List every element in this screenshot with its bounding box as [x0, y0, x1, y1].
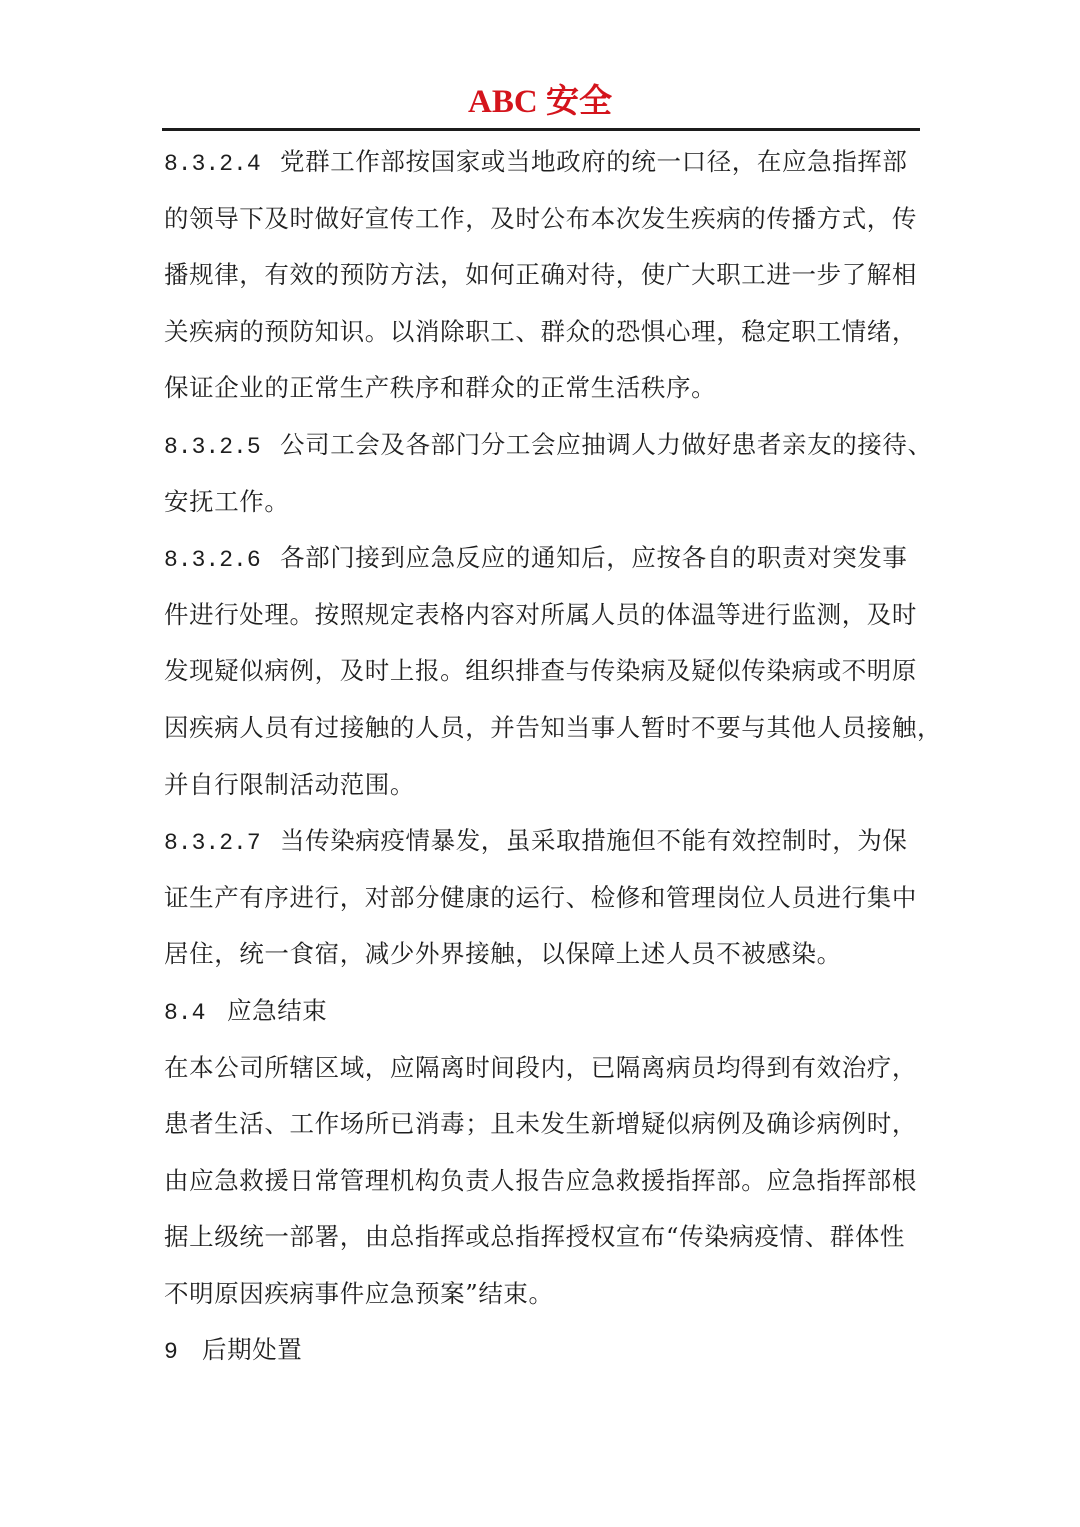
paragraph-text: 公司工会及各部门分工会应抽调人力做好患者亲友的接待、: [280, 430, 933, 459]
paragraph-line: 播规律，有效的预防方法，如何正确对待，使广大职工进一步了解相: [164, 247, 924, 304]
section-heading: 8.4应急结束: [164, 983, 924, 1040]
paragraph-line: 8.3.2.4党群工作部按国家或当地政府的统一口径，在应急指挥部: [164, 134, 924, 191]
paragraph-line: 因疾病人员有过接触的人员，并告知当事人暂时不要与其他人员接触，: [164, 700, 924, 757]
section-number: 8.3.2.6: [164, 532, 280, 589]
section-number: 8.3.2.5: [164, 419, 280, 476]
paragraph-line: 据上级统一部署，由总指挥或总指挥授权宣布“传染病疫情、群体性: [164, 1209, 924, 1266]
section-heading: 9后期处置: [164, 1322, 924, 1379]
paragraph-line: 8.3.2.6各部门接到应急反应的通知后，应按各自的职责对突发事: [164, 530, 924, 587]
paragraph-line: 发现疑似病例，及时上报。组织排查与传染病及疑似传染病或不明原: [164, 643, 924, 700]
paragraph-text: 党群工作部按国家或当地政府的统一口径，在应急指挥部: [280, 147, 908, 176]
section-number: 9: [164, 1324, 202, 1381]
paragraph-line: 关疾病的预防知识。以消除职工、群众的恐惧心理，稳定职工情绪，: [164, 304, 924, 361]
paragraph-line: 安抚工作。: [164, 474, 924, 531]
paragraph-line: 件进行处理。按照规定表格内容对所属人员的体温等进行监测，及时: [164, 587, 924, 644]
paragraph-line: 保证企业的正常生产秩序和群众的正常生活秩序。: [164, 360, 924, 417]
header-divider: [162, 128, 920, 131]
section-number: 8.4: [164, 985, 227, 1042]
paragraph-line: 的领导下及时做好宣传工作，及时公布本次发生疾病的传播方式，传: [164, 191, 924, 248]
document-page: ABC 安全 8.3.2.4党群工作部按国家或当地政府的统一口径，在应急指挥部 …: [0, 0, 1080, 1527]
document-body: 8.3.2.4党群工作部按国家或当地政府的统一口径，在应急指挥部 的领导下及时做…: [164, 134, 924, 1379]
paragraph-line: 8.3.2.7当传染病疫情暴发，虽采取措施但不能有效控制时，为保: [164, 813, 924, 870]
paragraph-line: 证生产有序进行，对部分健康的运行、检修和管理岗位人员进行集中: [164, 870, 924, 927]
section-8-3-2-5: 8.3.2.5公司工会及各部门分工会应抽调人力做好患者亲友的接待、 安抚工作。: [164, 417, 924, 530]
paragraph-line: 患者生活、工作场所已消毒；且未发生新增疑似病例及确诊病例时，: [164, 1096, 924, 1153]
section-number: 8.3.2.4: [164, 136, 280, 193]
section-8-3-2-7: 8.3.2.7当传染病疫情暴发，虽采取措施但不能有效控制时，为保 证生产有序进行…: [164, 813, 924, 983]
section-8-3-2-4: 8.3.2.4党群工作部按国家或当地政府的统一口径，在应急指挥部 的领导下及时做…: [164, 134, 924, 417]
section-9-heading: 9后期处置: [164, 1322, 924, 1379]
paragraph-line: 在本公司所辖区域，应隔离时间段内，已隔离病员均得到有效治疗，: [164, 1040, 924, 1097]
paragraph-line: 并自行限制活动范围。: [164, 757, 924, 814]
section-8-4-body: 在本公司所辖区域，应隔离时间段内，已隔离病员均得到有效治疗， 患者生活、工作场所…: [164, 1040, 924, 1323]
paragraph-line: 居住，统一食宿，减少外界接触，以保障上述人员不被感染。: [164, 926, 924, 983]
paragraph-text: 各部门接到应急反应的通知后，应按各自的职责对突发事: [280, 543, 908, 572]
document-header-title: ABC 安全: [0, 80, 1080, 124]
section-heading-text: 应急结束: [227, 996, 327, 1025]
paragraph-line: 8.3.2.5公司工会及各部门分工会应抽调人力做好患者亲友的接待、: [164, 417, 924, 474]
paragraph-line: 不明原因疾病事件应急预案”结束。: [164, 1266, 924, 1323]
section-number: 8.3.2.7: [164, 815, 280, 872]
section-heading-text: 后期处置: [202, 1335, 302, 1364]
section-8-3-2-6: 8.3.2.6各部门接到应急反应的通知后，应按各自的职责对突发事 件进行处理。按…: [164, 530, 924, 813]
section-8-4-heading: 8.4应急结束: [164, 983, 924, 1040]
paragraph-text: 当传染病疫情暴发，虽采取措施但不能有效控制时，为保: [280, 826, 908, 855]
paragraph-line: 由应急救援日常管理机构负责人报告应急救援指挥部。应急指挥部根: [164, 1153, 924, 1210]
